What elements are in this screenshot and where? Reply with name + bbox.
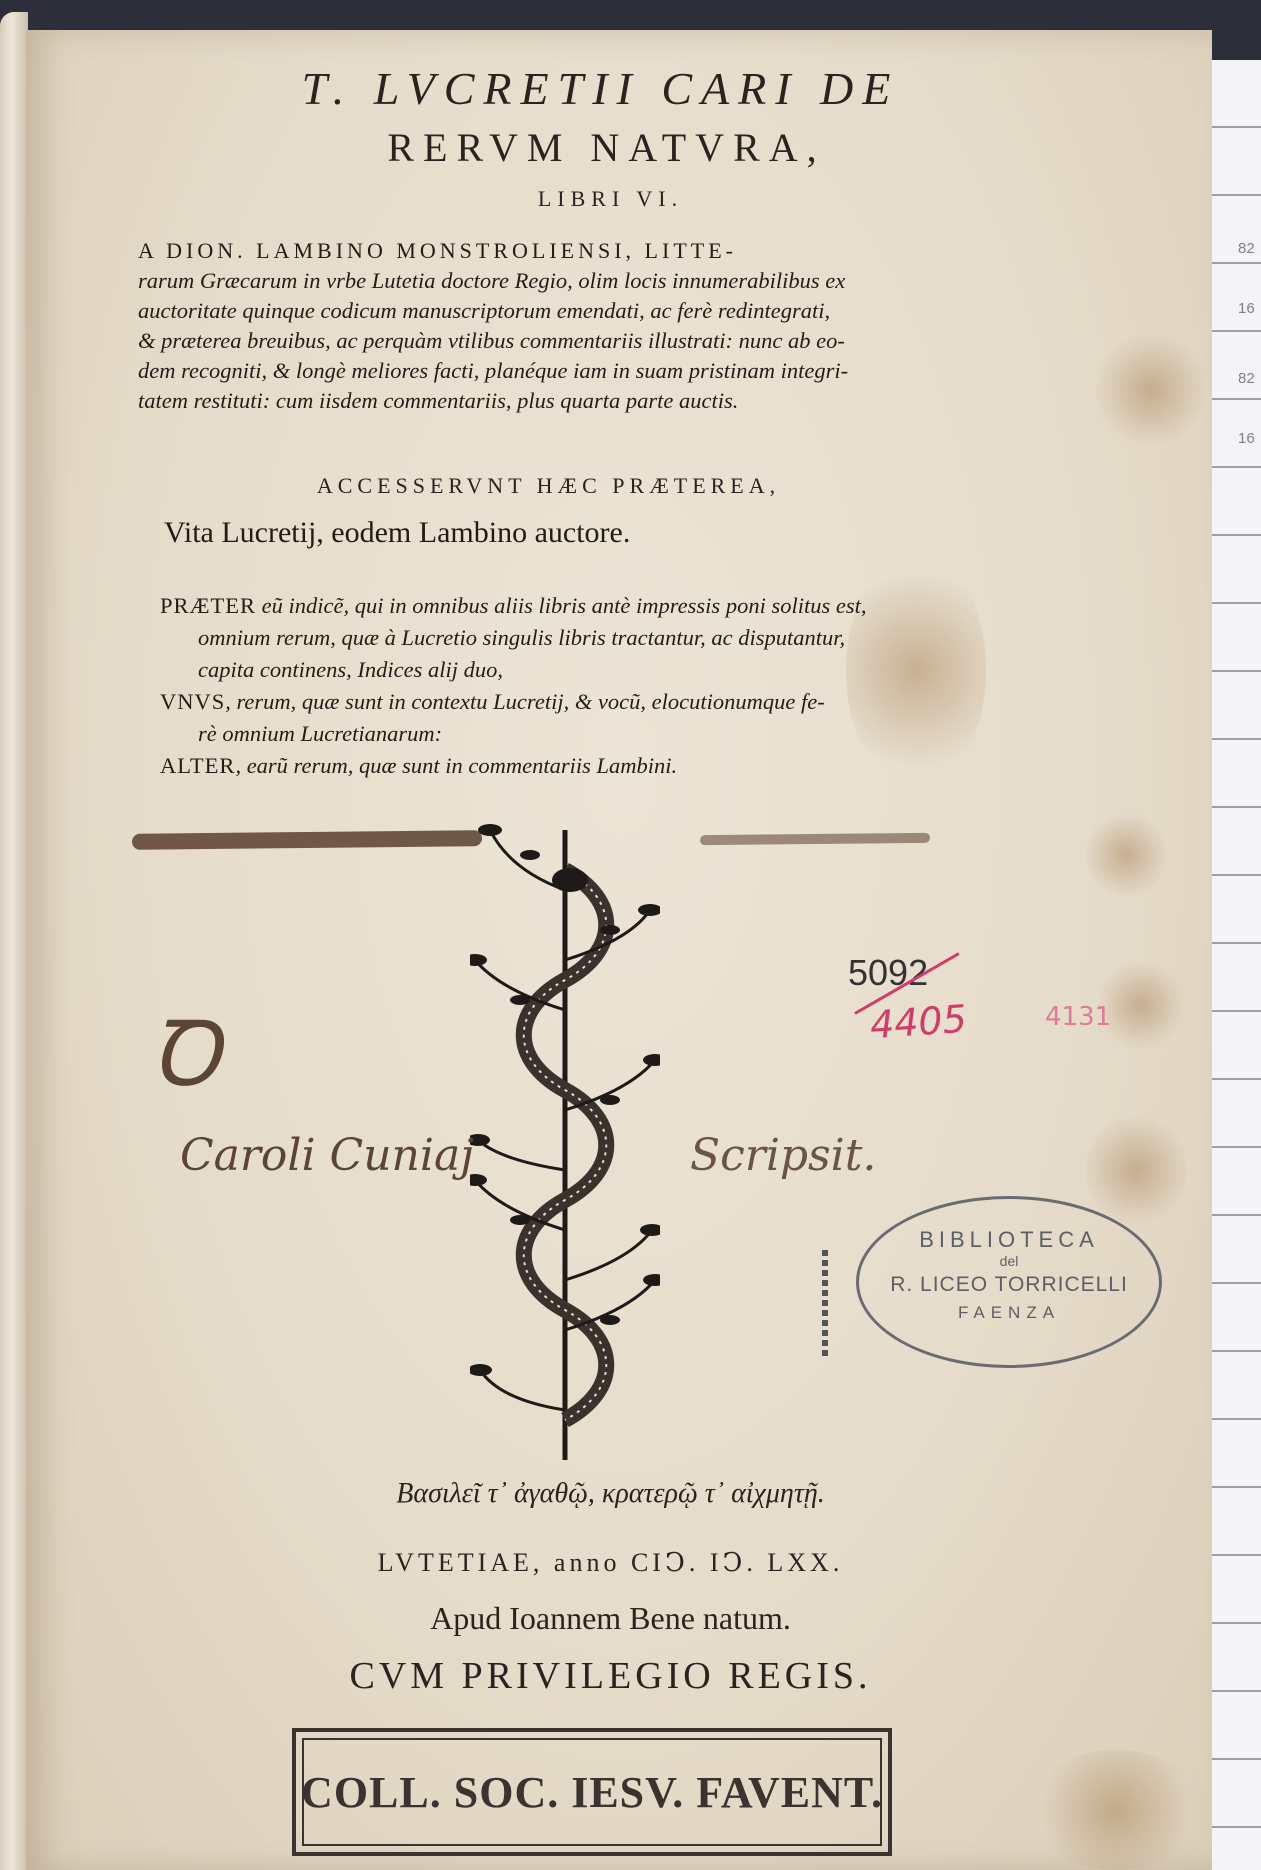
title-line-work: RERVM NATVRA, — [0, 124, 1237, 171]
indices-line: ALTER, earũ rerum, quæ sunt in commentar… — [160, 750, 1020, 782]
foxing-stain — [1086, 810, 1166, 900]
handwritten-inscription: Scripsit. — [690, 1130, 876, 1181]
editor-line: dem recogniti, & longè meliores facti, p… — [138, 356, 1018, 386]
title-line-books: LIBRI VI. — [0, 186, 1241, 212]
greek-motto: Βασιλεῖ τ᾽ ἀγαθῷ, κρατερῷ τ᾽ αἰχμητῇ. — [0, 1478, 1241, 1510]
indices-statement: PRÆTER eũ indicẽ, qui in omnibus aliis l… — [160, 590, 1020, 782]
ruled-backsheet — [1205, 60, 1261, 1870]
editor-line: tatem restituti: cum iisdem commentariis… — [138, 386, 1018, 416]
book-spine-edge — [0, 12, 28, 1870]
indices-line: PRÆTER eũ indicẽ, qui in omnibus aliis l… — [160, 590, 1020, 622]
college-ownership-stamp: COLL. SOC. IESV. FAVENT. — [292, 1728, 892, 1856]
indices-line: omnium rerum, quæ à Lucretio singulis li… — [160, 622, 1020, 654]
library-oval-stamp: BIBLIOTECA del R. LICEO TORRICELLI FAENZ… — [856, 1196, 1162, 1368]
title-line-author: T. LVCRETII CARI DE — [0, 62, 1231, 115]
accesserunt-heading: ACCESSERVNT HÆC PRÆTEREA, — [0, 473, 1179, 499]
foxing-stain — [1086, 1110, 1186, 1230]
imprint-privilege: CVM PRIVILEGIO REGIS. — [0, 1654, 1241, 1698]
handwritten-flourish: Ꝺ — [150, 990, 220, 1112]
indices-line: capita continens, Indices alij duo, — [160, 654, 1020, 686]
indices-line: rè omnium Lucretianarum: — [160, 718, 1020, 750]
editor-line: rarum Græcarum in vrbe Lutetia doctore R… — [138, 266, 1018, 296]
backsheet-number: 82 — [1238, 370, 1255, 387]
stamp-fragment — [822, 1250, 828, 1360]
handwritten-owner-name: Caroli Cuniaj — [180, 1130, 474, 1181]
backsheet-number: 16 — [1238, 430, 1255, 447]
shelfmark-printed: 5092 — [848, 952, 928, 994]
editor-line: & præterea breuibus, ac perquàm vtilibus… — [138, 326, 1018, 356]
backsheet-number: 82 — [1238, 240, 1255, 257]
foxing-stain — [1026, 1750, 1206, 1870]
backsheet-number: 16 — [1238, 300, 1255, 317]
editor-caps-lead: A DION. LAMBINO MONSTROLIENSI, LITTE- — [138, 238, 737, 263]
foxing-stain — [1096, 330, 1206, 450]
printers-device-serpent-icon — [470, 810, 660, 1470]
vita-line: Vita Lucretij, eodem Lambino auctore. — [164, 516, 630, 550]
shelfmark-red: 4405 — [869, 997, 969, 1048]
indices-line: VNVS, rerum, quæ sunt in contextu Lucret… — [160, 686, 1020, 718]
imprint-printer: Apud Ioannem Bene natum. — [0, 1600, 1241, 1637]
editor-line: auctoritate quinque codicum manuscriptor… — [138, 296, 1018, 326]
shelfmark-red-small: 4131 — [1045, 1002, 1111, 1032]
imprint-place-date: LVTETIAE, anno CIↃ. IↃ. LXX. — [0, 1548, 1241, 1578]
editor-statement: A DION. LAMBINO MONSTROLIENSI, LITTE- ra… — [138, 236, 1018, 416]
